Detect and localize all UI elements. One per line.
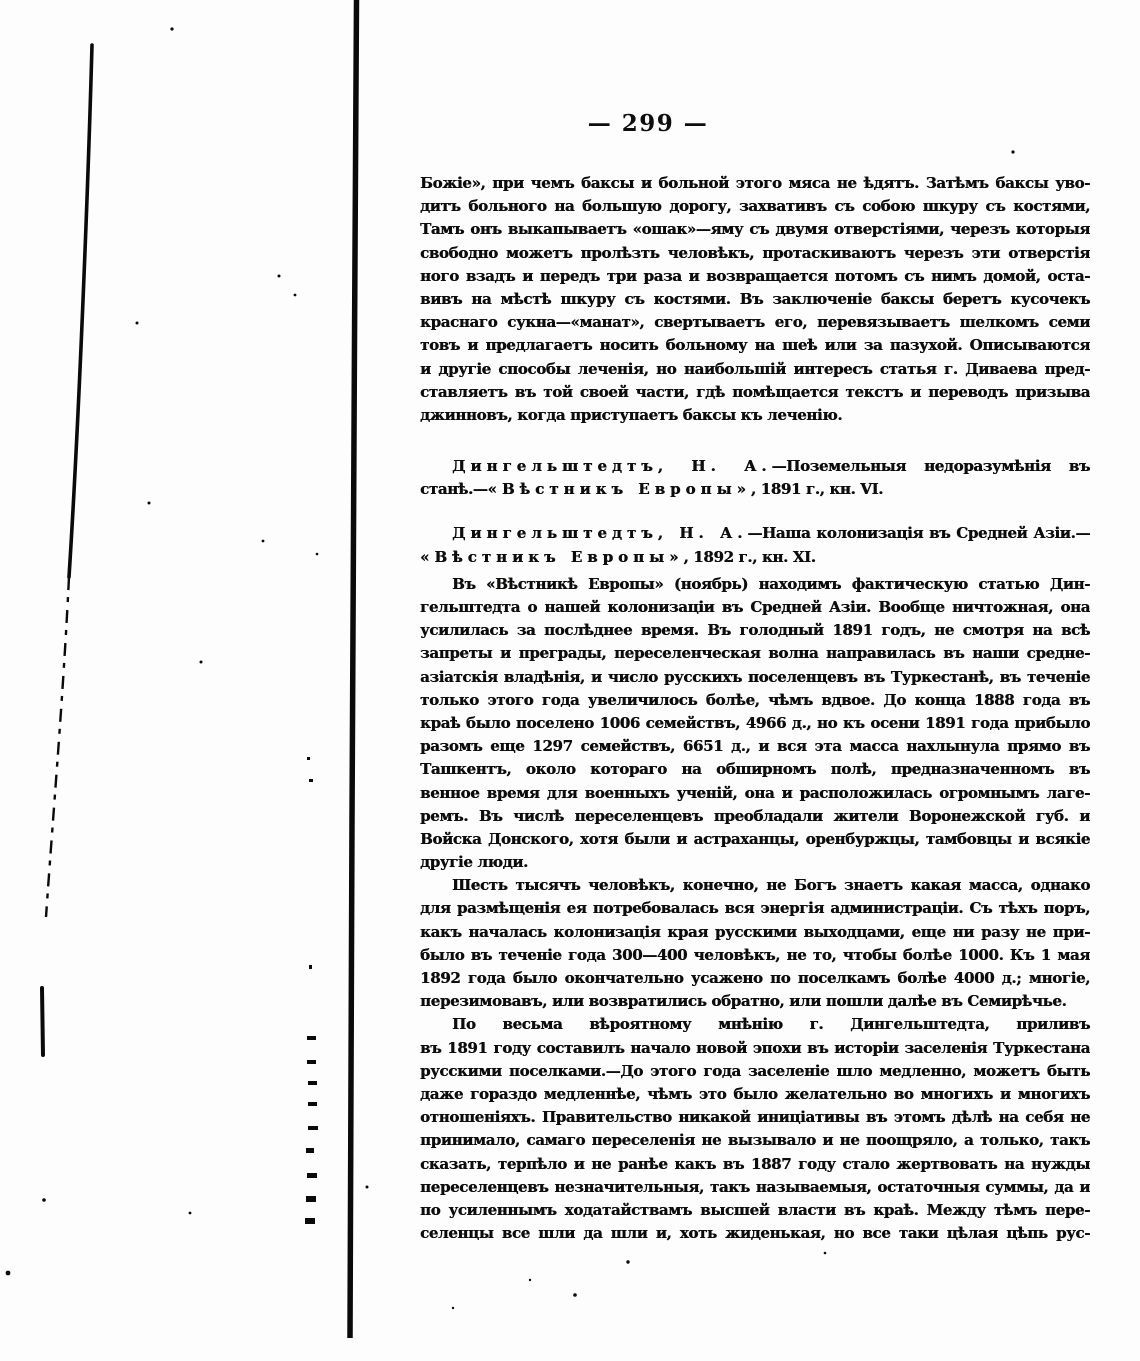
text-line: вивъ на мѣстѣ шкуру съ костями. Въ заклю…	[420, 288, 1090, 311]
text-segment: азіатскія владѣнія, и число русскихъ пос…	[420, 668, 1090, 686]
text-segment: Шесть тысячъ человѣкъ, конечно, не Богъ …	[452, 876, 1090, 894]
text-line: перезимовавъ, или возвратились обратно, …	[420, 990, 1090, 1013]
text-line: венное время для военныхъ ученій, она и …	[420, 782, 1090, 805]
text-segment: переселенцевъ незначительныя, такъ назыв…	[420, 1178, 1090, 1199]
text-line: Божіе», при чемъ баксы и больной этого м…	[420, 172, 1090, 195]
text-line: Дингельштедтъ, Н. А.—Наша колонизація въ…	[420, 522, 1090, 545]
text-segment: какъ началась колонизація края русскими …	[420, 923, 1090, 941]
text-line: Шесть тысячъ человѣкъ, конечно, не Богъ …	[420, 874, 1090, 897]
text-segment: въ 1891 году составилъ начало новой эпох…	[420, 1039, 1090, 1057]
text-segment: отношеніяхъ. Правительство никакой иниці…	[420, 1108, 1090, 1126]
paragraph-kolonizatsiya: Въ «Вѣстникѣ Европы» (ноябрь) находимъ ф…	[420, 573, 1090, 874]
paragraph-shest-tysyach: Шесть тысячъ человѣкъ, конечно, не Богъ …	[420, 874, 1090, 1013]
text-line: краѣ было поселено 1006 семействъ, 4966 …	[420, 712, 1090, 735]
text-line: даже гораздо медленнѣе, чѣмъ это было же…	[420, 1083, 1090, 1106]
text-segment: и другіе способы леченія, но наибольшій …	[420, 360, 1090, 378]
text-line: Ташкентъ, около котораго на обширномъ по…	[420, 758, 1090, 781]
text-line: другіе люди.	[420, 851, 1090, 874]
text-segment: было въ теченіе года 300—400 человѣкъ, н…	[420, 946, 1090, 964]
text-line: джинновъ, когда приступаетъ баксы къ леч…	[420, 404, 1090, 427]
text-line: гельштедта о нашей колонизаціи въ Средне…	[420, 596, 1090, 619]
page-number: — 299 —	[420, 110, 876, 137]
text-segment: ремъ. Въ числѣ переселенцевъ преобладали…	[420, 807, 1090, 828]
text-line: только этого года увеличилось болѣе, чѣм…	[420, 689, 1090, 712]
text-segment: другіе люди.	[420, 853, 528, 871]
text-segment: По весьма вѣроятному мнѣнію г. Дингельшт…	[420, 1015, 1090, 1036]
bibliography-entry-1: Дингельштедтъ, Н. А.—Поземельныя недораз…	[420, 455, 1090, 501]
text-segment: принимало, самаго переселенія не вызывал…	[420, 1131, 1090, 1149]
text-line: свободно можетъ пролѣзть человѣкъ, прота…	[420, 242, 1090, 265]
text-segment: запреты и преграды, переселенческая волн…	[420, 644, 1090, 662]
paragraph-baksy-continuation: Божіе», при чемъ баксы и больной этого м…	[420, 172, 1090, 427]
text-segment: Божіе», при чемъ баксы и больной этого м…	[420, 174, 1090, 192]
text-segment: Въ «Вѣстникѣ Европы» (ноябрь) находимъ ф…	[452, 575, 1090, 593]
text-line: переселенцевъ незначительныя, такъ назыв…	[420, 1176, 1090, 1199]
text-segment: Ташкентъ, около котораго на обширномъ по…	[420, 760, 1090, 781]
text-segment: вивъ на мѣстѣ шкуру съ костями. Въ заклю…	[420, 290, 1090, 308]
text-line: и другіе способы леченія, но наибольшій …	[420, 358, 1090, 381]
bleed-through-dashes	[305, 757, 318, 1224]
text-segment: даже гораздо медленнѣе, чѣмъ это было же…	[420, 1085, 1090, 1103]
text-line: ремъ. Въ числѣ переселенцевъ преобладали…	[420, 805, 1090, 828]
text-segment: перезимовавъ, или возвратились обратно, …	[420, 992, 1066, 1010]
text-segment: Тамъ онъ выкапываетъ «ошак»—яму съ двумя…	[420, 220, 1090, 238]
text-segment: свободно можетъ пролѣзть человѣкъ, прота…	[420, 244, 1090, 265]
text-line: отношеніяхъ. Правительство никакой иниці…	[420, 1106, 1090, 1129]
text-segment: по усиленнымъ ходатайствамъ высшей власт…	[420, 1201, 1090, 1219]
crease-line-solid	[69, 45, 92, 577]
text-line: русскими поселками.—До этого года заселе…	[420, 1060, 1090, 1083]
text-line: усилилась за послѣднее время. Въ голодны…	[420, 619, 1090, 642]
text-segment: ставляетъ въ той своей части, гдѣ помѣща…	[420, 383, 1090, 401]
letterspaced-text: Дингельштедтъ, Н. А.	[452, 524, 747, 542]
text-segment: венное время для военныхъ ученій, она и …	[420, 784, 1090, 802]
text-segment: селенцы все шли да шли и, хоть жиденькая…	[420, 1224, 1090, 1242]
text-line: ставляетъ въ той своей части, гдѣ помѣща…	[420, 381, 1090, 404]
text-line: въ 1891 году составилъ начало новой эпох…	[420, 1037, 1090, 1060]
text-line: сказать, терпѣло и не ранѣе какъ въ 1887…	[420, 1153, 1090, 1176]
text-line: азіатскія владѣнія, и число русскихъ пос…	[420, 666, 1090, 689]
text-line: селенцы все шли да шли и, хоть жиденькая…	[420, 1222, 1090, 1245]
text-segment: Войска Донского, хотя были и астраханцы,…	[420, 830, 1090, 848]
text-segment: , 1891 г., кн. VI.	[751, 480, 883, 498]
text-line: краснаго сукна—«манат», свертываетъ его,…	[420, 311, 1090, 334]
text-segment: 1892 года было окончательно усажено по п…	[420, 969, 1090, 987]
text-line: по усиленнымъ ходатайствамъ высшей власт…	[420, 1199, 1090, 1222]
text-segment: —Наша колонизація въ Средней Азіи.—	[747, 524, 1090, 542]
text-segment: ного взадъ и передъ три раза и возвращае…	[420, 267, 1090, 285]
text-line: Дингельштедтъ, Н. А.—Поземельныя недораз…	[420, 455, 1090, 478]
text-column: Божіе», при чемъ баксы и больной этого м…	[420, 172, 1090, 1245]
text-line: 1892 года было окончательно усажено по п…	[420, 967, 1090, 990]
text-line: принимало, самаго переселенія не вызывал…	[420, 1129, 1090, 1152]
paragraph-novaya-epoha: По весьма вѣроятному мнѣнію г. Дингельшт…	[420, 1013, 1090, 1245]
text-segment: , 1892 г., кн. XI.	[683, 548, 815, 566]
text-segment: товъ и предлагаетъ носить больному на ше…	[420, 336, 1090, 354]
text-segment: усилилась за послѣднее время. Въ голодны…	[420, 621, 1090, 639]
text-line: какъ началась колонизація края русскими …	[420, 921, 1090, 944]
text-line: для размѣщенія ея потребовалась вся энер…	[420, 897, 1090, 920]
text-segment: краснаго сукна—«манат», свертываетъ его,…	[420, 313, 1090, 334]
text-line: запреты и преграды, переселенческая волн…	[420, 642, 1090, 665]
text-line: «Вѣстникъ Европы», 1892 г., кн. XI.	[420, 546, 1090, 569]
crease-line-broken	[46, 577, 69, 917]
text-line: дитъ больного на большую дорогу, захвати…	[420, 195, 1090, 218]
text-line: Тамъ онъ выкапываетъ «ошак»—яму съ двумя…	[420, 218, 1090, 241]
letterspaced-text: «Вѣстникъ Европы»	[420, 548, 683, 566]
text-line: Войска Донского, хотя были и астраханцы,…	[420, 828, 1090, 851]
letterspaced-text: Дингельштедтъ, Н. А.	[452, 457, 772, 475]
letterspaced-text: «Вѣстникъ Европы»	[487, 480, 750, 498]
text-segment: джинновъ, когда приступаетъ баксы къ леч…	[420, 406, 842, 424]
crease-segment	[42, 988, 43, 1055]
text-segment: сказать, терпѣло и не ранѣе какъ въ 1887…	[420, 1155, 1090, 1173]
text-line: разомъ еще 1297 семействъ, 6651 д., и вс…	[420, 735, 1090, 758]
book-page-scan: — 299 — Божіе», при чемъ баксы и больной…	[0, 0, 1140, 1361]
text-segment: краѣ было поселено 1006 семействъ, 4966 …	[420, 714, 1090, 732]
text-segment: гельштедта о нашей колонизаціи въ Средне…	[420, 598, 1090, 616]
text-segment: дитъ больного на большую дорогу, захвати…	[420, 197, 1090, 215]
text-line: Въ «Вѣстникѣ Европы» (ноябрь) находимъ ф…	[420, 573, 1090, 596]
text-segment: станѣ.—	[420, 480, 487, 498]
text-segment: разомъ еще 1297 семействъ, 6651 д., и вс…	[420, 737, 1090, 755]
text-line: станѣ.—«Вѣстникъ Европы», 1891 г., кн. V…	[420, 478, 1090, 501]
text-line: По весьма вѣроятному мнѣнію г. Дингельшт…	[420, 1013, 1090, 1036]
text-segment: русскими поселками.—До этого года заселе…	[420, 1062, 1090, 1080]
text-line: товъ и предлагаетъ носить больному на ше…	[420, 334, 1090, 357]
gutter-rule-line	[350, 0, 357, 1338]
text-line: ного взадъ и передъ три раза и возвращае…	[420, 265, 1090, 288]
bibliography-entry-2: Дингельштедтъ, Н. А.—Наша колонизація въ…	[420, 522, 1090, 568]
text-segment: для размѣщенія ея потребовалась вся энер…	[420, 899, 1090, 917]
text-segment: только этого года увеличилось болѣе, чѣм…	[420, 691, 1090, 709]
text-line: было въ теченіе года 300—400 человѣкъ, н…	[420, 944, 1090, 967]
